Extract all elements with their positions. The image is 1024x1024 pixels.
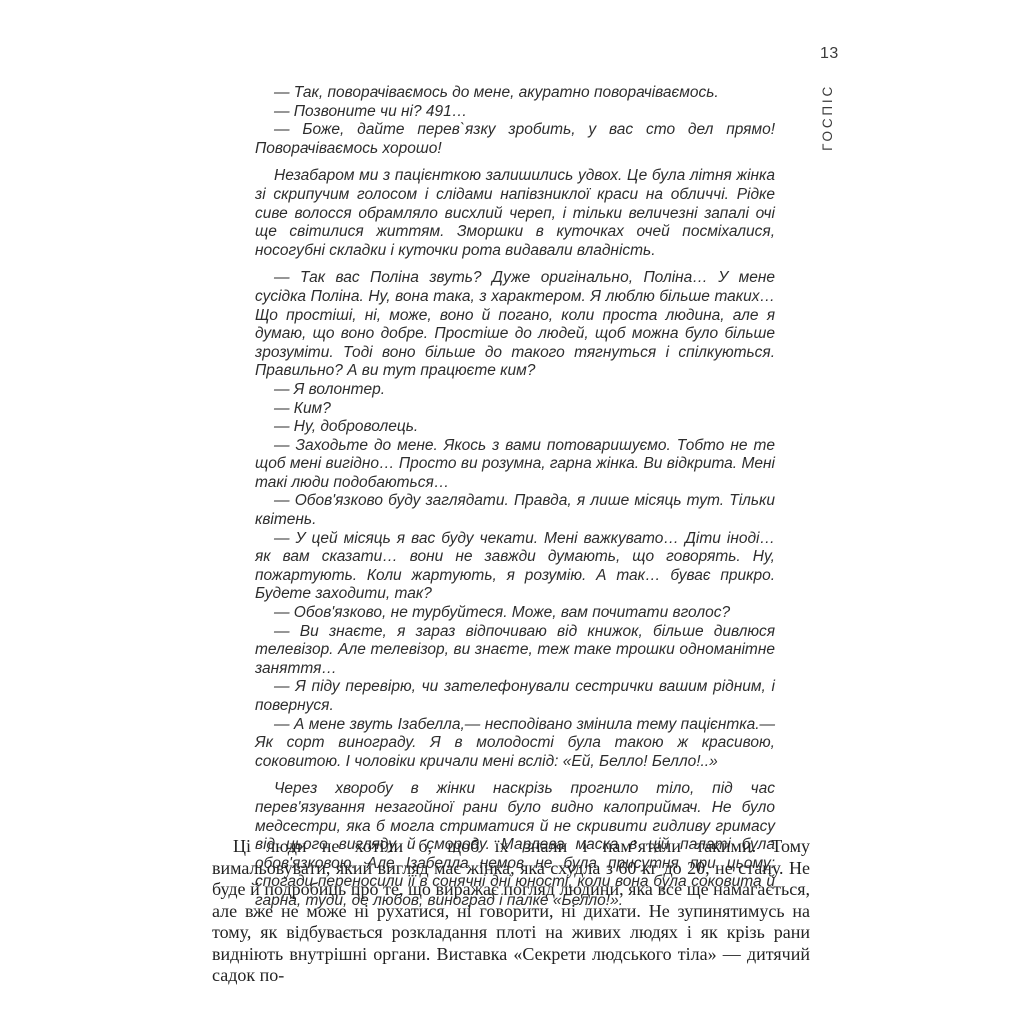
dialogue-paragraph: — Позвоните чи ні? 491… (255, 103, 775, 122)
dialogue-paragraph: — Обов'язково буду заглядати. Правда, я … (255, 492, 775, 529)
dialogue-paragraph: — Я піду перевірю, чи зателефонували сес… (255, 678, 775, 715)
dialogue-paragraph: — Так вас Поліна звуть? Дуже оригінально… (255, 269, 775, 381)
dialogue-paragraph: — Так, поворачіваємось до мене, акуратно… (255, 84, 775, 103)
running-title-vertical: ГОСПІС (820, 84, 835, 151)
diary-text-block: — Так, поворачіваємось до мене, акуратно… (255, 84, 775, 911)
book-page: 13 ГОСПІС — Так, поворачіваємось до мене… (0, 0, 1024, 1024)
dialogue-paragraph: — У цей місяць я вас буду чекати. Мені в… (255, 530, 775, 604)
author-narration-paragraph: Ці люди не хотіли б, щоб їх знали і пам’… (212, 836, 810, 987)
dialogue-paragraph: — Ну, доброволець. (255, 418, 775, 437)
dialogue-paragraph: — Ким? (255, 400, 775, 419)
dialogue-paragraph: — Заходьте до мене. Якось з вами потовар… (255, 437, 775, 493)
dialogue-paragraph: — А мене звуть Ізабелла,— несподівано зм… (255, 716, 775, 772)
page-number: 13 (820, 45, 839, 63)
dialogue-paragraph: — Ви знаєте, я зараз відпочиваю від книж… (255, 623, 775, 679)
dialogue-paragraph: — Я волонтер. (255, 381, 775, 400)
dialogue-paragraph: — Обов'язково, не турбуйтеся. Може, вам … (255, 604, 775, 623)
narrative-paragraph: Незабаром ми з пацієнткою залишились удв… (255, 167, 775, 260)
dialogue-paragraph: — Боже, дайте перев`язку зробить, у вас … (255, 121, 775, 158)
